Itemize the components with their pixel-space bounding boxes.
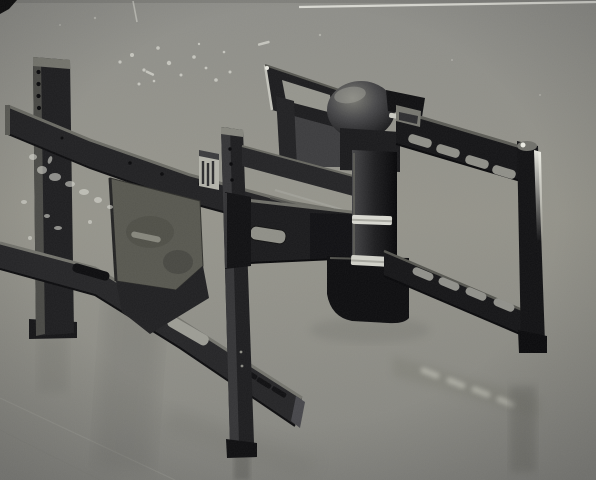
film-grain <box>0 0 596 480</box>
product-photo: Black-and-white photograph of a full-mot… <box>0 0 596 480</box>
photo-canvas: Black-and-white photograph of a full-mot… <box>0 0 596 480</box>
